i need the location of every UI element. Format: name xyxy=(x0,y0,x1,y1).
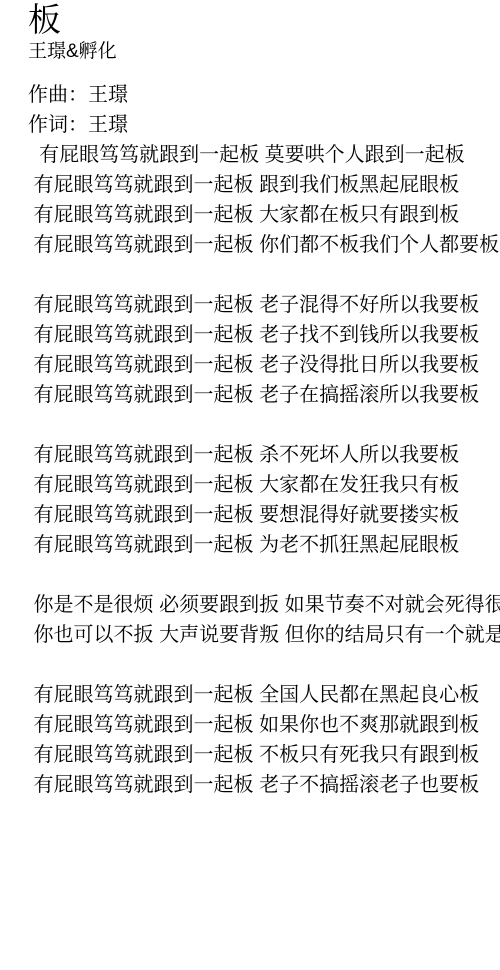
lyric-line: 有屁眼笃笃就跟到一起板 杀不死坏人所以我要板 xyxy=(28,440,500,470)
stanza: 有屁眼笃笃就跟到一起板 莫要哄个人跟到一起板 有屁眼笃笃就跟到一起板 跟到我们板… xyxy=(28,140,500,260)
lyric-line: 有屁眼笃笃就跟到一起板 你们都不板我们个人都要板 xyxy=(28,230,500,260)
lyric-line: 有屁眼笃笃就跟到一起板 老子在搞摇滚所以我要板 xyxy=(28,380,500,410)
lyric-line: 有屁眼笃笃就跟到一起板 跟到我们板黑起屁眼板 xyxy=(28,170,500,200)
song-title: 板 xyxy=(28,0,500,40)
lyric-line: 有屁眼笃笃就跟到一起板 全国人民都在黑起良心板 xyxy=(28,680,500,710)
lyric-line: 有屁眼笃笃就跟到一起板 莫要哄个人跟到一起板 xyxy=(28,140,500,170)
lyric-line: 有屁眼笃笃就跟到一起板 为老不抓狂黑起屁眼板 xyxy=(28,530,500,560)
composer-line: 作曲：王璟 xyxy=(28,80,500,110)
artist-name: 王璟&孵化 xyxy=(28,40,500,64)
stanza: 有屁眼笃笃就跟到一起板 杀不死坏人所以我要板 有屁眼笃笃就跟到一起板 大家都在发… xyxy=(28,440,500,560)
credits: 作曲：王璟 作词：王璟 xyxy=(28,80,500,140)
stanza: 你是不是很烦 必须要跟到扳 如果节奏不对就会死得很 你也可以不扳 大声说要背叛 … xyxy=(28,590,500,650)
lyric-line: 有屁眼笃笃就跟到一起板 老子不搞摇滚老子也要板 xyxy=(28,770,500,800)
stanza: 有屁眼笃笃就跟到一起板 老子混得不好所以我要板 有屁眼笃笃就跟到一起板 老子找不… xyxy=(28,290,500,410)
lyric-line: 有屁眼笃笃就跟到一起板 老子没得批日所以我要板 xyxy=(28,350,500,380)
lyric-line: 有屁眼笃笃就跟到一起板 大家都在发狂我只有板 xyxy=(28,470,500,500)
stanza: 有屁眼笃笃就跟到一起板 全国人民都在黑起良心板 有屁眼笃笃就跟到一起板 如果你也… xyxy=(28,680,500,800)
lyric-line: 有屁眼笃笃就跟到一起板 要想混得好就要搂实板 xyxy=(28,500,500,530)
lyricist-line: 作词：王璟 xyxy=(28,110,500,140)
lyrics-page: 板 王璟&孵化 作曲：王璟 作词：王璟 有屁眼笃笃就跟到一起板 莫要哄个人跟到一… xyxy=(0,0,500,800)
lyrics-body: 有屁眼笃笃就跟到一起板 莫要哄个人跟到一起板 有屁眼笃笃就跟到一起板 跟到我们板… xyxy=(28,140,500,800)
lyric-line: 你也可以不扳 大声说要背叛 但你的结局只有一个就是 xyxy=(28,620,500,650)
lyric-line: 有屁眼笃笃就跟到一起板 不板只有死我只有跟到板 xyxy=(28,740,500,770)
lyric-line: 有屁眼笃笃就跟到一起板 大家都在板只有跟到板 xyxy=(28,200,500,230)
lyric-line: 有屁眼笃笃就跟到一起板 老子找不到钱所以我要板 xyxy=(28,320,500,350)
lyric-line: 有屁眼笃笃就跟到一起板 老子混得不好所以我要板 xyxy=(28,290,500,320)
lyric-line: 有屁眼笃笃就跟到一起板 如果你也不爽那就跟到板 xyxy=(28,710,500,740)
lyric-line: 你是不是很烦 必须要跟到扳 如果节奏不对就会死得很 xyxy=(28,590,500,620)
